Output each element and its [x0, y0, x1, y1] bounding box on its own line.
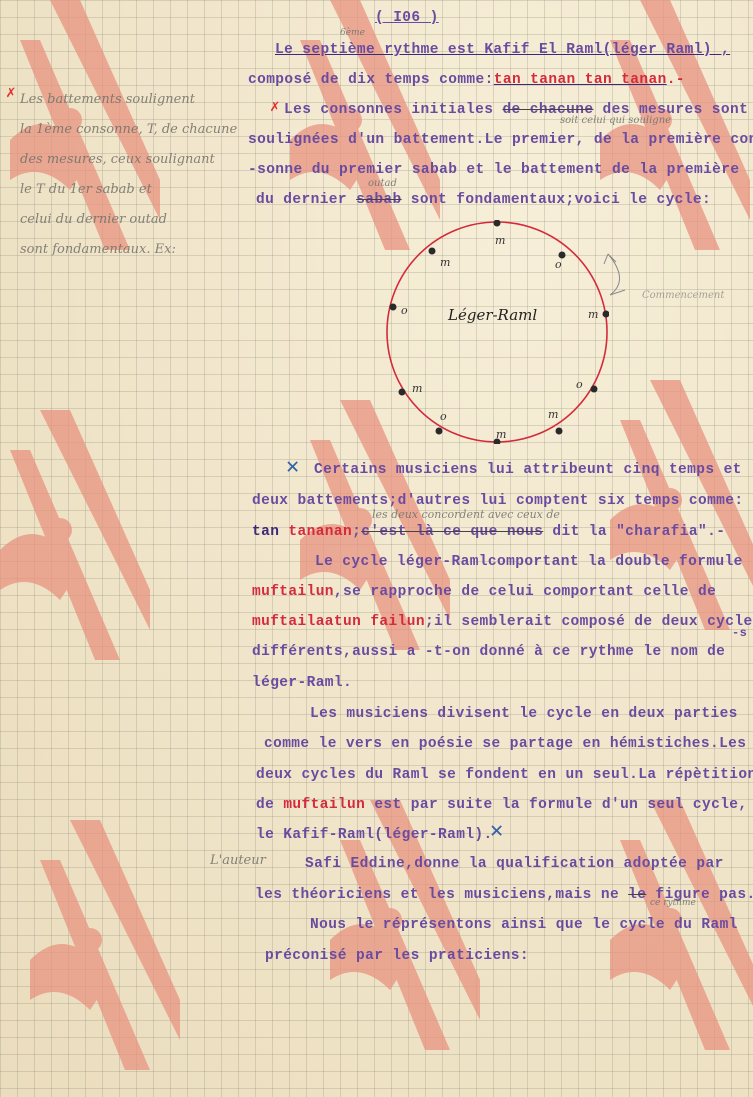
cycle-title: Léger-Raml: [448, 306, 537, 324]
pencil-note: ce rythme: [650, 898, 696, 908]
heading-line: Le septième rythme est Kafif El Raml(lég…: [275, 42, 730, 58]
text-line: -sonne du premier sabab et le battement …: [248, 162, 739, 178]
text-line: préconisé par les praticiens:: [265, 948, 529, 964]
text-line: Les musiciens divisent le cycle en deux …: [310, 706, 738, 722]
hyphen-suffix: -s: [732, 626, 747, 640]
text-line: Safi Eddine,donne la qualification adopt…: [305, 856, 724, 872]
beat-mark: m: [588, 308, 598, 321]
beat-mark: o: [440, 410, 447, 423]
red-x-mark: ✗: [6, 82, 16, 102]
blue-x-mark: ✕: [490, 818, 503, 844]
text-line: deux battements;d'autres lui comptent si…: [252, 493, 743, 509]
rhythm-cycle-diagram: [385, 220, 609, 444]
margin-note: Les battements soulignent la 1ème conson…: [20, 85, 250, 265]
arrow-icon: [600, 250, 660, 310]
text-line: Certains musiciens lui attribeunt cinq t…: [314, 462, 742, 478]
red-x-mark: ✗: [270, 96, 280, 116]
page-number: ( I06 ): [375, 10, 439, 26]
text-line: différents,aussi a -t-on donné à ce ryth…: [252, 644, 725, 660]
text-line: composé de dix temps comme:tan tanan tan…: [248, 72, 685, 88]
beat-mark: m: [495, 234, 505, 247]
text-line: comme le vers en poésie se partage en hé…: [264, 736, 746, 752]
beat-mark: m: [412, 382, 422, 395]
pencil-superscript: 6ème: [340, 28, 365, 38]
text-line: deux cycles du Raml se fondent en un seu…: [256, 767, 753, 783]
beat-mark: o: [401, 304, 408, 317]
beat-mark: m: [496, 428, 506, 441]
text-line: Nous le réprésentons ainsi que le cycle …: [310, 917, 738, 933]
pencil-note: outad: [368, 178, 397, 189]
beat-mark: o: [555, 258, 562, 271]
text-line: soulignées d'un battement.Le premier, de…: [248, 132, 753, 148]
blue-x-mark: ✕: [286, 454, 299, 480]
text-line: muftailaatun failun;il semblerait compos…: [252, 614, 753, 630]
text-line: le Kafif-Raml(léger-Raml).: [256, 827, 493, 843]
text-line: Les consonnes initiales de chacune des m…: [284, 102, 748, 118]
beat-mark: o: [576, 378, 583, 391]
text-line: Le cycle léger-Ramlcomportant la double …: [315, 554, 743, 570]
text-line: tan tananan;c'est là ce que nous dit la …: [252, 524, 725, 540]
text-line: léger-Raml.: [252, 675, 352, 691]
text-line: muftailun,se rapproche de celui comporta…: [252, 584, 716, 600]
text-line: du dernier sabab sont fondamentaux;voici…: [256, 192, 711, 208]
pencil-note: soit celui qui souligne: [560, 115, 671, 126]
margin-pencil-note: L'auteur: [210, 853, 266, 868]
beat-mark: m: [440, 256, 450, 269]
beat-mark: m: [548, 408, 558, 421]
pencil-note: les deux concordent avec ceux de: [372, 508, 560, 521]
text-line: de muftailun est par suite la formule d'…: [256, 797, 748, 813]
pencil-annotation: Commencement: [642, 290, 724, 301]
document-page: ( I06 ) 6ème Le septième rythme est Kafi…: [0, 0, 753, 1097]
